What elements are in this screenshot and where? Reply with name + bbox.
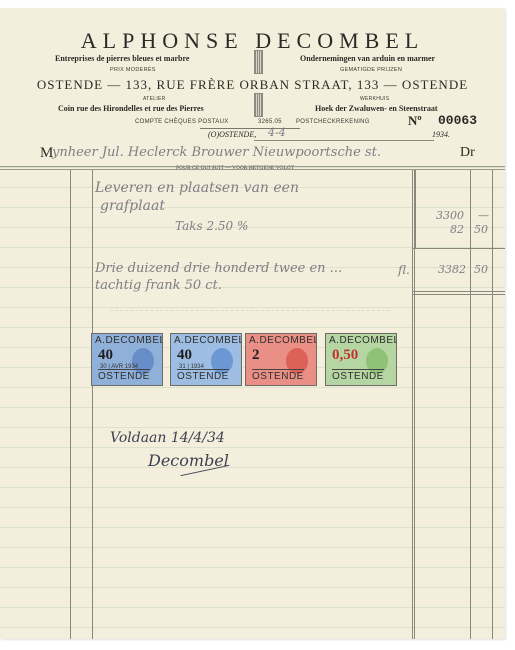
- stamp-overprint-top: A.DECOMBEL: [249, 335, 317, 346]
- ornament-bar-top: [254, 50, 263, 74]
- item-1-amount: 3300: [436, 209, 464, 222]
- company-address: OSTENDE — 133, RUE FRÈRE ORBAN STRAAT, 1…: [0, 77, 505, 93]
- activity-nl: Ondernemingen van arduin en marmer: [300, 54, 435, 63]
- total-words-line1: Drie duizend drie honderd twee en ...: [95, 261, 342, 276]
- invoice-number-label: Nº: [408, 113, 422, 129]
- prices-fr: PRIX MODERÉS: [110, 67, 156, 73]
- workshop-fr: Coin rue des Hirondelles et rue des Pier…: [58, 104, 204, 113]
- column-line-3: [412, 170, 413, 639]
- postal-account-number: 3265.05: [258, 119, 282, 125]
- item-1-description-line2: grafplaat: [100, 198, 165, 214]
- column-line-2: [92, 170, 93, 639]
- item-1-description-line1: Leveren en plaatsen van een: [95, 180, 299, 196]
- total-amount: 3382: [438, 263, 466, 276]
- item-2-cents: 50: [474, 223, 488, 236]
- item-2-description: Taks 2.50 %: [175, 219, 248, 233]
- stamp-value: 40: [98, 347, 113, 364]
- item-2-amount: 82: [450, 223, 464, 236]
- date-day-month: 4-4: [268, 126, 286, 139]
- header-rule: [0, 166, 505, 167]
- column-line-1: [70, 170, 71, 639]
- subtotal-rule: [412, 248, 505, 249]
- stamp-overprint-bottom: OSTENDE: [252, 369, 304, 382]
- postal-account-fr: COMPTE CHÈQUES POSTAUX: [135, 119, 229, 125]
- column-line-5: [492, 170, 493, 639]
- column-line-4: [470, 170, 471, 639]
- prices-nl: GEMATIGDE PRIJZEN: [340, 67, 402, 73]
- stamp-overprint-top: A.DECOMBEL: [95, 335, 163, 346]
- date-year: 1934.: [432, 130, 450, 139]
- stamp-overprint-bottom: OSTENDE: [332, 369, 384, 382]
- item-1-cents: —: [478, 209, 489, 222]
- total-rule-1: [412, 291, 505, 292]
- stamp-overprint-bottom: OSTENDE: [98, 369, 150, 382]
- date-place: (O)OSTENDE,: [208, 130, 256, 139]
- stamp-value: 40: [177, 347, 192, 364]
- activity-fr: Entreprises de pierres bleues et marbre: [55, 54, 189, 63]
- company-name: ALPHONSE DECOMBEL: [0, 28, 505, 54]
- stamp-overprint-top: A.DECOMBEL: [174, 335, 242, 346]
- date-underline: [254, 140, 434, 141]
- total-cents: 50: [474, 263, 488, 276]
- total-rule-2: [412, 294, 505, 295]
- invoice-number: 00063: [438, 113, 477, 128]
- postal-account-nl: POSTCHECKREKENING: [296, 119, 370, 125]
- header-rule-2: [0, 169, 505, 170]
- workshop-label-nl: WERKHUIS: [360, 96, 389, 102]
- paid-note: Voldaan 14/4/34: [110, 430, 225, 446]
- revenue-stamp-4: A.DECOMBEL 0,50 OSTENDE: [325, 333, 397, 386]
- workshop-nl: Hoek der Zwaluwen- en Steenstraat: [315, 104, 438, 113]
- revenue-stamp-1: A.DECOMBEL 40 30 | AVR 1934 OSTENDE: [91, 333, 163, 386]
- workshop-label-fr: ATELIER: [143, 96, 166, 102]
- revenue-stamp-2: A.DECOMBEL 40 31 | 1934 OSTENDE: [170, 333, 242, 386]
- stamp-overprint-top: A.DECOMBEL: [329, 335, 397, 346]
- amount-box-left: [415, 170, 416, 248]
- total-fl-marker: fl.: [398, 263, 410, 277]
- stamp-value: 0,50: [332, 347, 358, 364]
- ornament-bar-bottom: [254, 93, 263, 117]
- debit-marker: Dr: [460, 145, 475, 161]
- letterhead: ALPHONSE DECOMBEL Entreprises de pierres…: [0, 8, 505, 166]
- faded-stamp-impression: [110, 298, 390, 311]
- revenue-stamp-3: A.DECOMBEL 2 OSTENDE: [245, 333, 317, 386]
- total-words-line2: tachtig frank 50 ct.: [95, 278, 222, 293]
- addressee-name: ynheer Jul. Heclerck Brouwer Nieuwpoorts…: [52, 145, 381, 160]
- stamp-overprint-bottom: OSTENDE: [177, 369, 229, 382]
- stamp-value: 2: [252, 347, 260, 364]
- invoice-paper: ALPHONSE DECOMBEL Entreprises de pierres…: [0, 8, 505, 639]
